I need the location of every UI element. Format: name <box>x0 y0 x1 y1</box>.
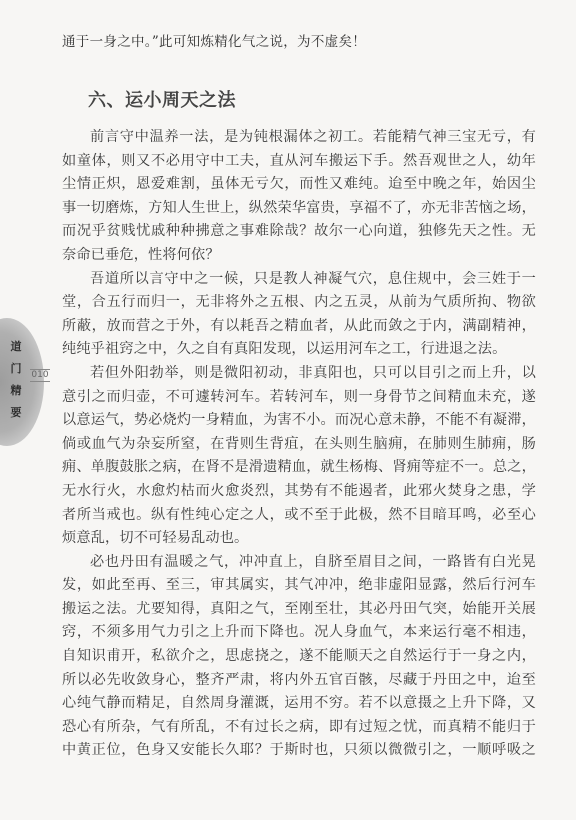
text-line: 堂，合五行而归一，无非将外之五根、内之五灵，从前为气质所拘、物欲 <box>62 291 536 315</box>
carryover-line: 通于一身之中。”此可知炼精化气之说，为不虚矣！ <box>62 32 542 52</box>
book-page: 通于一身之中。”此可知炼精化气之说，为不虚矣！ 六、运小周天之法 前言守中温养一… <box>0 0 576 820</box>
text-line: 吾道所以言守中之一候，只是教人神凝气穴，息住规中，会三姓于一 <box>62 268 536 292</box>
text-line: 心纯气静而精足，自然周身灌溉，运用不穷。若不以意摄之上升下降，又 <box>62 692 536 716</box>
side-tab-char: 要 <box>8 402 24 424</box>
body-text: 前言守中温养一法，是为钝根漏体之初工。若能精气神三宝无亏，有如童体，则又不必用守… <box>62 126 536 763</box>
side-tab-char: 道 <box>8 336 24 358</box>
text-line: 前言守中温养一法，是为钝根漏体之初工。若能精气神三宝无亏，有 <box>62 126 536 150</box>
text-line: 自知识甫开，私欲介之，思虑挠之，遂不能顺天之自然运行于一身之内， <box>62 645 536 669</box>
text-line: 奈命已垂危，性将何依？ <box>62 244 536 268</box>
text-line: 倘或血气为杂妄所窒，在背则生背疽，在头则生脑痈，在肺则生肺痈，肠 <box>62 433 536 457</box>
page-number: 010 <box>30 369 50 382</box>
text-line: 意引之而归壶，不可遽转河车。若转河车，则一身骨节之间精血未充，遂 <box>62 386 536 410</box>
text-line: 尘情正炽，恩爱难割，虽体无亏欠，而性又难纯。迨至中晚之年，始因尘 <box>62 173 536 197</box>
section-heading: 六、运小周天之法 <box>88 86 236 112</box>
text-line: 而况乎贫贱忧戚种种拂意之事难除哉？故尔一心向道，独修先天之性。无 <box>62 220 536 244</box>
text-line: 以意运气，势必烧灼一身精血，为害不小。而况心意未静，不能不有凝滞， <box>62 409 536 433</box>
text-line: 搬运之法。尤要知得，真阳之气，至刚至壮，其必丹田气突，始能开关展 <box>62 598 536 622</box>
text-line: 无水行火，水愈灼枯而火愈炎烈，其势有不能遏者，此邪火焚身之患，学 <box>62 480 536 504</box>
side-tab-label: 道 门 精 要 <box>8 336 24 424</box>
text-line: 如童体，则又不必用守中工夫，直从河车搬运下手。然吾观世之人，幼年 <box>62 150 536 174</box>
text-line: 发，如此至再、至三，审其属实，其气冲冲，绝非虚阳显露，然后行河车 <box>62 574 536 598</box>
text-line: 烦意乱，切不可轻易乱动也。 <box>62 527 536 551</box>
text-line: 所蔽，放而营之于外，有以耗吾之精血者，从此而敛之于内，满副精神， <box>62 315 536 339</box>
text-line: 纯纯乎祖窍之中，久之自有真阳发现，以运用河车之工，行进退之法。 <box>62 338 536 362</box>
text-line: 中黄正位，色身又安能长久耶？于斯时也，只须以微微引之，一顺呼吸之 <box>62 739 536 763</box>
text-line: 恐心有所杂，气有所乱，不有过长之病，即有过短之忧，而真精不能归于 <box>62 716 536 740</box>
text-line: 痈、单腹鼓胀之病，在肾不是滑遗精血，就生杨梅、肾痈等症不一。总之， <box>62 456 536 480</box>
text-line: 所以必先收敛身心，整齐严肃，将内外五官百骸，尽藏于丹田之中，迨至 <box>62 669 536 693</box>
side-tab-char: 精 <box>8 380 24 402</box>
text-line: 者所当戒也。纵有性纯心定之人，或不至于此极，然不目暗耳鸣，必至心 <box>62 504 536 528</box>
side-tab-char: 门 <box>8 358 24 380</box>
text-line: 窍，不须多用气力引之上升而下降也。况人身血气，本来运行毫不相违， <box>62 621 536 645</box>
text-line: 若但外阳勃举，则是微阳初动，非真阳也，只可以目引之而上升，以 <box>62 362 536 386</box>
text-line: 必也丹田有温暖之气，冲冲直上，自脐至眉目之间，一路皆有白光晃 <box>62 551 536 575</box>
text-line: 事一切磨炼，方知人生世上，纵然荣华富贵，享福不了，亦无非苦恼之场， <box>62 197 536 221</box>
